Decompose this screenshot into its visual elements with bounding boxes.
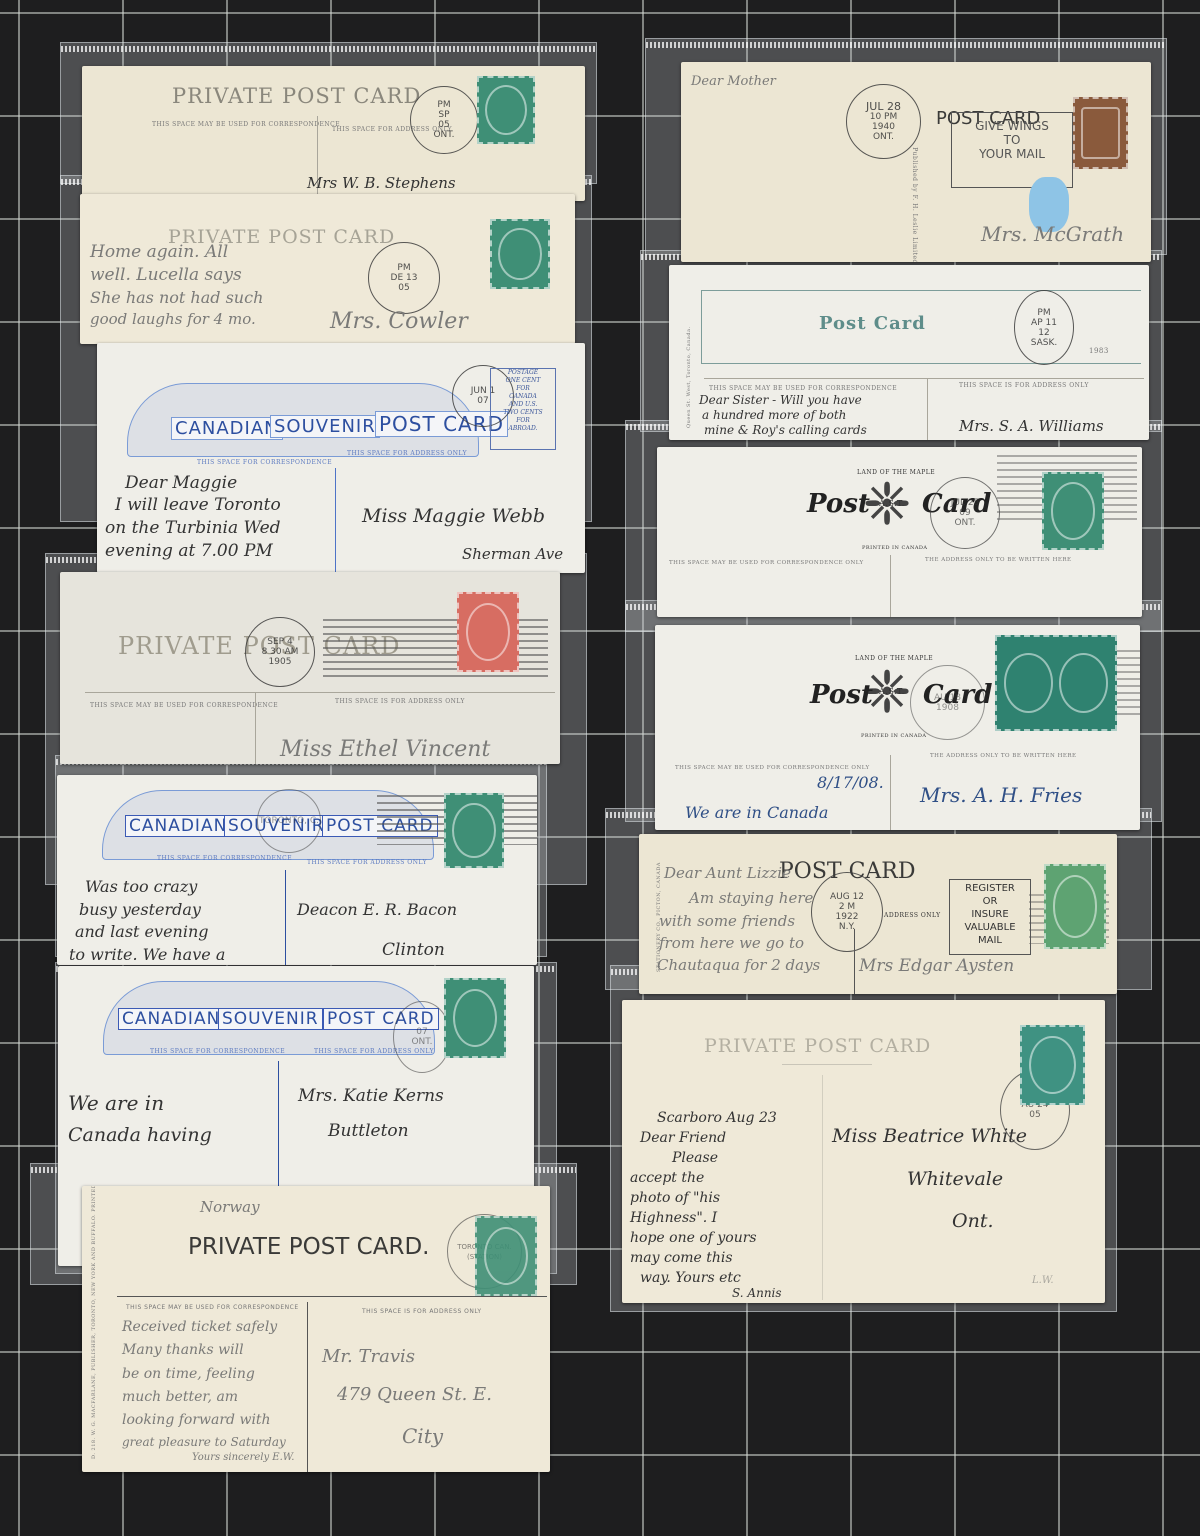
message-line: accept the	[630, 1170, 704, 1186]
divider	[85, 692, 555, 693]
postmark-year: 09	[959, 508, 970, 518]
stamp-quebec-tercentenary	[995, 635, 1117, 731]
address-label: THIS SPACE FOR ADDRESS ONLY	[307, 859, 427, 866]
stamp-portrait-icon	[498, 228, 541, 280]
slogan-line: INSURE	[950, 908, 1030, 921]
postcard-niagara-falls-1940: Dear Mother JUL 28 10 PM 1940 ONT. Publi…	[681, 62, 1151, 262]
postmark-niagara-falls: AU 18 1908	[910, 665, 985, 740]
postmark-date: AU 18	[934, 693, 961, 703]
stamp-one-cent	[475, 1216, 537, 1296]
divider	[704, 378, 1144, 379]
postage-label: CANADA	[491, 393, 555, 401]
publisher-imprint: Queen St. West, Toronto, Canada.	[686, 268, 692, 428]
pencil-note: L.W.	[1032, 1275, 1054, 1286]
address-handwriting: Miss Ethel Vincent	[280, 737, 490, 762]
postmark-date: AUG 12	[830, 892, 864, 902]
stamp-portrait-icon	[452, 803, 495, 858]
postmark-province: ONT.	[954, 518, 975, 528]
address-line: City	[402, 1424, 443, 1448]
stamp-us-one-cent	[1044, 864, 1106, 949]
slogan-line: REGISTER	[950, 882, 1030, 895]
divider	[307, 1302, 308, 1472]
message-line: to write. We have a	[69, 945, 225, 964]
card-title: PRIVATE POST CARD	[172, 84, 421, 108]
slogan-line: VALUABLE	[950, 921, 1030, 934]
stamp-portrait-icon	[466, 603, 511, 662]
message-line: We are in	[68, 1091, 164, 1115]
postcard-providence-1905: PRIVATE POST CARD THIS SPACE MAY BE USED…	[60, 572, 560, 764]
address-line: Clinton	[382, 940, 445, 960]
stamp-one-cent	[1042, 472, 1104, 550]
message-line: Many thanks will	[122, 1342, 244, 1358]
address-label: ADDRESS ONLY	[884, 912, 941, 919]
message-signature: S. Annis	[732, 1286, 782, 1300]
message-line: well. Lucella says	[90, 265, 242, 285]
publisher-imprint: Published by F. H. Leslie Limited	[911, 147, 918, 262]
postmark-time: PM	[397, 263, 410, 273]
message-line: We are in Canada	[685, 803, 828, 822]
postmark-niagara-falls-south: PM DE 13 05	[368, 242, 440, 314]
address-label: THE ADDRESS ONLY TO BE WRITTEN HERE	[930, 753, 1077, 759]
title-canadian: CANADIAN	[171, 417, 283, 440]
message-line: Chautaqua for 2 days	[657, 956, 820, 974]
message-line: Was too crazy	[85, 877, 197, 896]
postmark-year: 05	[1029, 1110, 1040, 1120]
postmark-niagara-falls: 07 ONT.	[393, 1001, 451, 1073]
frame-line	[701, 290, 702, 364]
divider	[927, 378, 928, 440]
stamp-one-cent	[490, 219, 550, 289]
postmark-province: ONT.	[433, 130, 454, 140]
address-handwriting: Mrs. A. H. Fries	[920, 783, 1082, 807]
postmark-year: 1908	[936, 703, 959, 713]
postmark-niagara-falls: JUL 28 10 PM 1940 ONT.	[846, 84, 921, 159]
correspondence-label: THIS SPACE FOR CORRESPONDENCE	[197, 459, 332, 466]
message-line: Yours sincerely E.W.	[192, 1452, 295, 1463]
correspondence-label: THIS SPACE FOR CORRESPONDENCE	[157, 855, 292, 862]
postcard-canadian-souvenir-clinton: CANADIAN SOUVENIR POST CARD THIS SPACE F…	[57, 775, 537, 965]
address-line: Mrs. Katie Kerns	[298, 1086, 444, 1106]
postmark-time: 2 M	[839, 902, 855, 912]
message-line: Please	[672, 1150, 718, 1166]
message-line: Dear Friend	[640, 1130, 726, 1146]
slogan-line: OR	[950, 895, 1030, 908]
slogan-line: GIVE WINGS	[952, 119, 1072, 133]
postage-label: ONE CENT	[491, 377, 555, 385]
divider	[335, 468, 336, 573]
message-line: Dear Mother	[691, 74, 776, 89]
divider	[890, 555, 891, 617]
message-line: mine & Roy's calling cards	[704, 423, 867, 437]
message-line: looking forward with	[122, 1412, 271, 1428]
message-line: great pleasure to Saturday	[122, 1435, 286, 1449]
message-line: She has not had such	[90, 288, 263, 307]
address-handwriting: Mrs. Cowler	[330, 309, 468, 334]
correspondence-label: THIS SPACE MAY BE USED FOR CORRESPONDENC…	[126, 1304, 299, 1311]
message-line: much better, am	[122, 1389, 238, 1405]
postmark-date: JUL 25	[951, 498, 980, 508]
postmark-niagara: PM SP 05 ONT.	[410, 86, 478, 154]
emblem-printed: PRINTED IN CANADA	[862, 545, 928, 551]
address-line: Buttleton	[328, 1121, 409, 1141]
publisher-imprint: D. 218. W. G. MACFARLANE, PUBLISHER, TOR…	[91, 1199, 97, 1459]
divider	[890, 755, 891, 830]
postmark-city: TORONTO, C.	[259, 816, 319, 826]
message-line: photo of "his	[630, 1190, 720, 1206]
message-line: on the Turbinia Wed	[105, 518, 281, 538]
message-line: way. Yours etc	[640, 1270, 741, 1286]
address-handwriting: Mrs. S. A. Williams	[959, 417, 1104, 435]
address-handwriting: Mrs Edgar Aysten	[859, 956, 1014, 976]
stamp-portrait-icon	[484, 1227, 529, 1286]
postcard-macfarlane-toronto: D. 218. W. G. MACFARLANE, PUBLISHER, TOR…	[82, 1186, 550, 1472]
postcard-saskatoon-1912: Queen St. West, Toronto, Canada. Post Ca…	[669, 265, 1149, 440]
stamp-one-cent	[477, 76, 535, 144]
message-line: Canada having	[68, 1124, 212, 1146]
address-label: THIS SPACE IS FOR ADDRESS ONLY	[362, 1308, 482, 1315]
postmark-time: PM	[437, 100, 450, 110]
postmark-year: 07	[477, 396, 488, 406]
postmark-time: 8 30 AM	[262, 647, 299, 657]
message-line: Dear Aunt Lizzie	[664, 864, 791, 882]
postcard-canadian-souvenir-toronto: CANADIAN SOUVENIR POST CARD THIS SPACE F…	[97, 343, 585, 573]
message-line: good laughs for 4 mo.	[90, 310, 256, 328]
postmark-date: DE 13	[391, 273, 418, 283]
postmark-year: 1940	[872, 122, 895, 132]
postage-label: TWO CENTS	[491, 409, 555, 417]
postmark-toronto: TORONTO, C.	[257, 789, 321, 853]
stamp-portrait-icon	[453, 989, 498, 1048]
title-canadian: CANADIAN	[118, 1008, 224, 1030]
postmark-date: SEP 4	[267, 637, 292, 647]
address-handwriting: Mrs. McGrath	[981, 222, 1124, 246]
postmark-year: 07	[416, 1027, 427, 1037]
title-post: Post	[807, 489, 870, 519]
postage-box: POSTAGE ONE CENT FOR CANADA AND U.S. TWO…	[490, 368, 556, 450]
message-date: 8/17/08.	[817, 773, 884, 792]
postcard-land-of-maple-1908: LAND OF THE MAPLE ❈ A.S.T. PRINTED IN CA…	[655, 625, 1140, 830]
divider	[822, 1075, 823, 1300]
top-note: Norway	[200, 1198, 260, 1216]
stamp-one-cent	[1020, 1025, 1085, 1105]
postmark-date: AP 11	[1031, 318, 1057, 328]
postmark-time: 10 PM	[870, 112, 898, 122]
correspondence-label: THIS SPACE MAY BE USED FOR CORRESPONDENC…	[152, 121, 340, 128]
message-line: may come this	[630, 1250, 733, 1266]
correspondence-label: THIS SPACE FOR CORRESPONDENCE	[150, 1048, 285, 1055]
stamp-two-cents	[457, 592, 519, 672]
message-line: with some friends	[659, 912, 795, 930]
message-line: Am staying here	[689, 889, 813, 907]
title-post: Post	[810, 680, 873, 710]
correspondence-label: THIS SPACE MAY BE USED FOR CORRESPONDENC…	[669, 560, 864, 566]
stamp-portrait-icon	[1051, 482, 1096, 539]
correspondence-label: THIS SPACE MAY BE USED FOR CORRESPONDENC…	[709, 385, 897, 392]
slogan-cancel: REGISTER OR INSURE VALUABLE MAIL	[949, 879, 1031, 955]
postmark-saskatoon: PM AP 11 12 SASK.	[1014, 290, 1074, 365]
stamp-portrait-icon	[1081, 107, 1121, 160]
postage-label: FOR	[491, 385, 555, 393]
postmark-buffalo: AUG 12 2 M 1922 N.Y.	[811, 872, 883, 952]
address-line: Mr. Travis	[322, 1346, 415, 1367]
postage-label: AND U.S.	[491, 401, 555, 409]
message-line: Dear Sister - Will you have	[699, 393, 862, 407]
divider	[854, 929, 855, 994]
postage-label: FOR	[491, 417, 555, 425]
title-canadian: CANADIAN	[125, 815, 231, 837]
correspondence-label: THIS SPACE MAY BE USED FOR CORRESPONDENC…	[90, 702, 278, 709]
address-handwriting: Mrs W. B. Stephens	[307, 174, 456, 192]
divider	[117, 1296, 547, 1297]
stamp-portrait-icon	[485, 85, 527, 135]
divider	[255, 692, 256, 764]
postmark-month: SP	[438, 110, 449, 120]
postcard-land-of-maple-1909: LAND OF THE MAPLE ❈ A.S.T. PRINTED IN CA…	[657, 447, 1142, 617]
card-title: Post Card	[819, 313, 926, 334]
address-label: THE ADDRESS ONLY TO BE WRITTEN HERE	[925, 557, 1072, 563]
postmark-year: 05	[398, 283, 409, 293]
postcard-whitevale-1905: PRIVATE POST CARD AU 24 05 Scarboro Aug …	[622, 1000, 1105, 1303]
address-line: Deacon E. R. Bacon	[297, 900, 457, 919]
card-number: 1983	[1089, 347, 1109, 355]
card-title: PRIVATE POST CARD	[704, 1035, 931, 1057]
postmark-providence: SEP 4 8 30 AM 1905	[245, 617, 315, 687]
postmark-year: 1922	[836, 912, 859, 922]
address-line: Miss Maggie Webb	[362, 505, 545, 527]
postcard-buffalo-1922: STATIONERY CO., PICTON, CANADA POST CARD…	[639, 834, 1117, 994]
message-line: Dear Maggie	[125, 473, 237, 493]
message-line: a hundred more of both	[702, 408, 846, 422]
postmark-state: N.Y.	[839, 922, 855, 932]
address-line: 479 Queen St. E.	[337, 1384, 492, 1405]
message-line: busy yesterday	[79, 900, 201, 919]
postcard-niagara-1905: PRIVATE POST CARD THIS SPACE MAY BE USED…	[82, 66, 585, 201]
postmark-niagara: JUL 25 09 ONT.	[930, 477, 1000, 549]
divider	[285, 870, 286, 965]
stamp-one-cent	[444, 793, 504, 868]
message-line: Home again. All	[90, 242, 228, 262]
postmark-date: JUL 28	[866, 102, 901, 112]
address-line: Miss Beatrice White	[832, 1125, 1027, 1147]
postmark-province: ONT.	[411, 1037, 432, 1047]
title-souvenir: SOUVENIR	[270, 415, 380, 438]
stamp-portrait-icon	[1053, 875, 1098, 937]
postmark-time: PM	[1037, 308, 1050, 318]
frame-line	[701, 290, 1141, 291]
address-line: Whitevale	[907, 1168, 1003, 1190]
postage-label: ABROAD.	[491, 425, 555, 433]
message-line: and last evening	[75, 922, 209, 941]
message-line: Scarboro Aug 23	[657, 1110, 777, 1126]
frame-line	[701, 363, 1141, 364]
correspondence-label: THIS SPACE MAY BE USED FOR CORRESPONDENC…	[675, 765, 870, 771]
title-souvenir: SOUVENIR	[218, 1008, 323, 1030]
emblem-initials: A.S.T.	[879, 687, 905, 696]
stamp-one-cent	[444, 978, 506, 1058]
message-line: evening at 7.00 PM	[105, 541, 273, 561]
address-label: THIS SPACE FOR ADDRESS ONLY	[347, 450, 467, 457]
postmark-province: SASK.	[1031, 338, 1058, 348]
stamp-two-cents	[1073, 97, 1128, 169]
postage-label: POSTAGE	[491, 369, 555, 377]
postmark-province: ONT.	[873, 132, 894, 142]
postcard-niagara-south-1905: PRIVATE POST CARD PM DE 13 05 Home again…	[80, 194, 575, 344]
stamp-portrait-icon	[1029, 1036, 1076, 1095]
message-line: Highness". I	[630, 1210, 717, 1226]
card-title: PRIVATE POST CARD.	[188, 1234, 429, 1260]
message-line: I will leave Toronto	[115, 495, 281, 515]
slogan-line: YOUR MAIL	[952, 147, 1072, 161]
postmark-year: 05	[438, 120, 449, 130]
divider	[782, 1064, 872, 1065]
emblem-initials: A.S.T.	[879, 499, 905, 508]
message-line: Received ticket safely	[122, 1319, 277, 1335]
stamp-portrait-icon	[1059, 653, 1108, 712]
stamp-portrait-icon	[1004, 653, 1053, 712]
message-line: be on time, feeling	[122, 1366, 255, 1382]
message-line: from here we go to	[659, 934, 804, 952]
emblem-printed: PRINTED IN CANADA	[861, 733, 927, 739]
address-line: Ont.	[952, 1210, 994, 1232]
address-label: THIS SPACE IS FOR ADDRESS ONLY	[959, 382, 1089, 389]
slogan-line: MAIL	[950, 934, 1030, 947]
postmark-year: 1905	[269, 657, 292, 667]
postmark-year: 12	[1038, 328, 1049, 338]
address-line: Sherman Ave	[462, 545, 563, 563]
address-label: THIS SPACE IS FOR ADDRESS ONLY	[335, 698, 465, 705]
message-line: hope one of yours	[630, 1230, 757, 1246]
slogan-line: TO	[952, 133, 1072, 147]
